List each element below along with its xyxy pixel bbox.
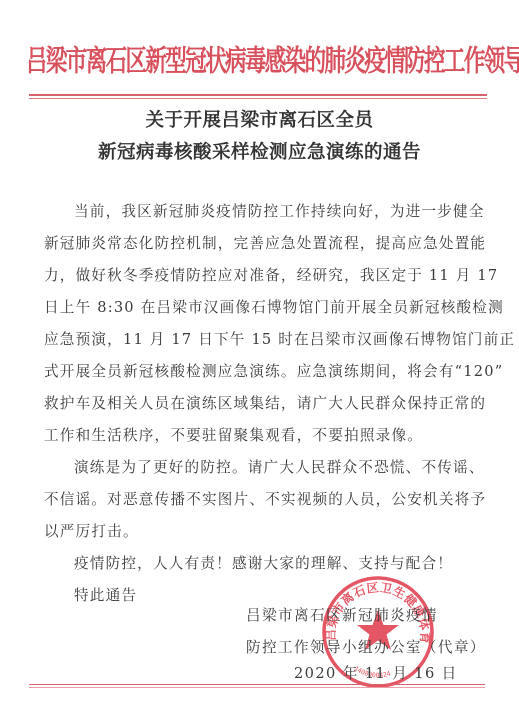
- body-line: 以严厉打击。: [44, 516, 494, 548]
- body-line: 式开展全员新冠核酸检测应急演练。应急演练期间，将会有“120”: [44, 356, 494, 388]
- body-line: 当前，我区新冠肺炎疫情防控工作持续向好，为进一步健全: [44, 196, 494, 228]
- body-line: 演练是为了更好的防控。请广大人民群众不恐慌、不传谣、: [44, 452, 494, 484]
- body-line: 力，做好秋冬季疫情防控应对准备，经研究，我区定于 11 月 17: [44, 260, 494, 292]
- body-line: 新冠肺炎常态化防控机制，完善应急处置流程，提高应急处置能: [44, 228, 494, 260]
- body-paragraph-2: 演练是为了更好的防控。请广大人民群众不恐慌、不传谣、 不信谣。对恶意传播不实图片…: [44, 452, 494, 548]
- body-line: 应急预演，11 月 17 日下午 15 时在吕梁市汉画像石博物馆门前正: [44, 324, 494, 356]
- issuing-organization-header: 吕梁市离石区新型冠状病毒感染的肺炎疫情防控工作领导小组办公室: [26, 38, 488, 80]
- header-divider-thin: [29, 98, 487, 99]
- header-divider-thick: [29, 94, 487, 96]
- footer-divider: [29, 684, 485, 685]
- body-paragraph-1: 当前，我区新冠肺炎疫情防控工作持续向好，为进一步健全 新冠肺炎常态化防控机制，完…: [44, 196, 494, 452]
- notice-title-line-2: 新冠病毒核酸采样检测应急演练的通告: [0, 138, 519, 164]
- footer-divider-thin: [29, 687, 485, 688]
- body-line: 日上午 8:30 在吕梁市汉画像石博物馆门前开展全员新冠核酸检测: [44, 292, 494, 324]
- notice-title-line-1: 关于开展吕梁市离石区全员: [0, 106, 519, 132]
- signature-organization-line-1: 吕梁市离石区新冠肺炎疫情: [246, 604, 438, 625]
- body-line: 工作和生活秩序，不要驻留聚集观看，不要拍照录像。: [44, 420, 494, 452]
- body-line: 不信谣。对恶意传播不实图片、不实视频的人员，公安机关将予: [44, 484, 494, 516]
- body-line: 救护车及相关人员在演练区域集结，请广大人民群众保持正常的: [44, 388, 494, 420]
- signature-date: 2020 年 11 月 16 日: [294, 662, 458, 683]
- signature-organization-line-2: 防控工作领导小组办公室（代章）: [246, 636, 486, 657]
